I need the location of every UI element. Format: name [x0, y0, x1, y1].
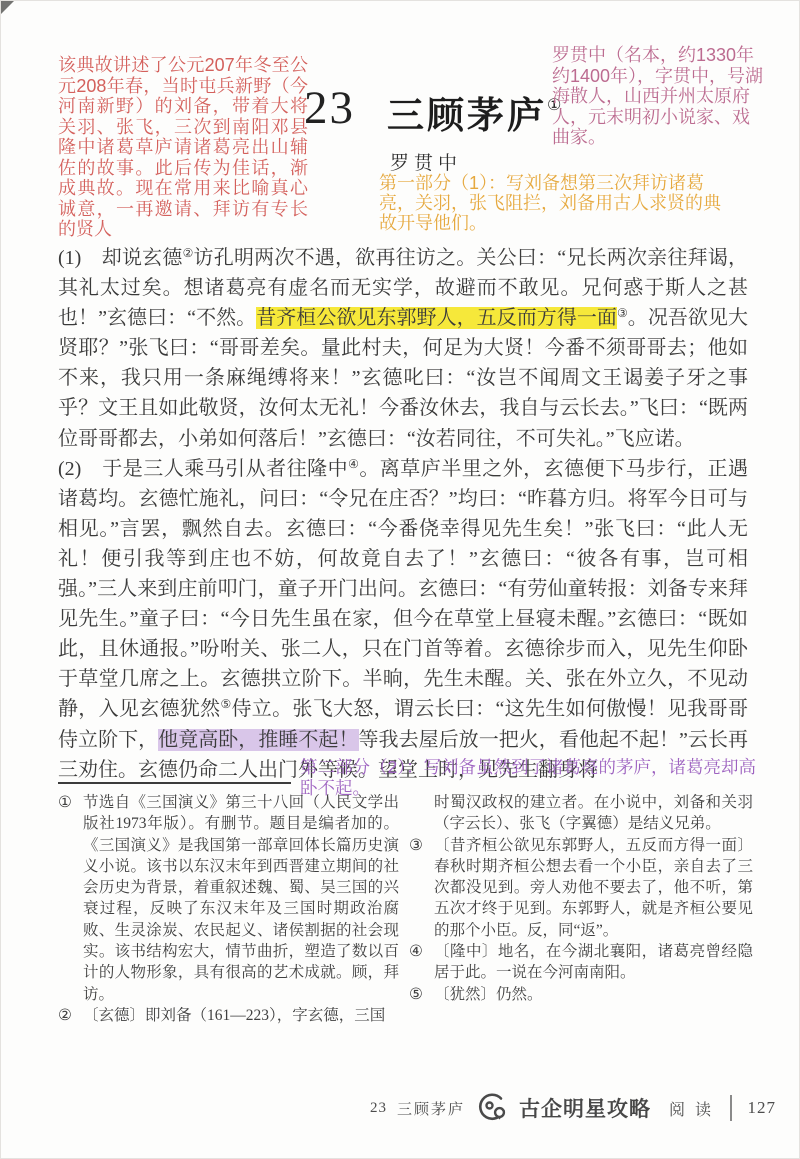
annotation-idiom-note-red: 该典故讲述了公元207年冬至公元208年春，当时屯兵新野（今河南新野）的刘备，带…	[58, 55, 308, 240]
page-footer: 23 三顾茅庐 古企明星攻略 阅 读 127	[370, 1091, 776, 1125]
footnote-number: ③	[409, 835, 434, 941]
footnote-text: 〔犹然〕仍然。	[434, 984, 753, 1005]
page-title-text: 三顾茅庐	[387, 96, 547, 137]
page-title: 三顾茅庐①	[387, 85, 561, 139]
footnote-number: ⑤	[409, 984, 434, 1005]
footnote-reference-sup: ②	[183, 246, 194, 260]
footnote-text: 节选自《三国演义》第三十八回（人民文学出版社1973年版）。有删节。题目是编者加…	[83, 792, 399, 1005]
lesson-number: 23	[304, 81, 355, 135]
footnote-number: ②	[58, 1005, 83, 1026]
page-number: 127	[748, 1098, 777, 1118]
footnote-number: ①	[58, 792, 83, 1005]
footer-divider	[730, 1095, 732, 1121]
page-corner-mark	[1, 1, 14, 14]
footnote-reference-sup: ④	[348, 457, 359, 471]
footnote-item: ⑤〔犹然〕仍然。	[409, 984, 753, 1005]
footnote-item: ④〔隆中〕地名，在今湖北襄阳，诸葛亮曾经隐居于此。一说在今河南南阳。	[409, 941, 753, 984]
highlight-yellow: 昔齐桓公欲见东郭野人，五反而方得一面	[256, 307, 617, 329]
footnote-separator	[58, 782, 291, 784]
author-name: 罗贯中	[390, 148, 462, 175]
footnote-text: 〔玄德〕即刘备（161—223），字玄德，三国	[83, 1005, 399, 1026]
footnote-item: ②〔玄德〕即刘备（161—223），字玄德，三国	[58, 1005, 399, 1026]
annotation-part2-purple: 第二部分（2）：写刘备虽然到了诸葛亮的茅庐，诸葛亮却高卧不起。	[300, 757, 770, 799]
body-paragraph: (1) 却说玄德②访孔明两次不遇，欲再往访之。关公曰：“兄长两次亲往拜谒，其礼太…	[58, 243, 748, 454]
footnote-reference-sup: ③	[617, 306, 628, 320]
footer-lesson-title: 三顾茅庐	[397, 1098, 465, 1119]
annotation-author-bio-red: 罗贯中（名本，约1330年 约1400年），字贯中，号湖海散人，山西并州太原府人…	[552, 45, 766, 148]
footnote-text: 〔昔齐桓公欲见东郭野人，五反而方得一面〕春秋时期齐桓公想去看一个小臣，亲自去了三…	[434, 835, 753, 941]
body-text: (1) 却说玄德②访孔明两次不遇，欲再往访之。关公曰：“兄长两次亲往拜谒，其礼太…	[58, 243, 748, 785]
footnote-text: 〔隆中〕地名，在今湖北襄阳，诸葛亮曾经隐居于此。一说在今河南南阳。	[434, 941, 753, 984]
footnote-item: ①节选自《三国演义》第三十八回（人民文学出版社1973年版）。有删节。题目是编者…	[58, 792, 399, 1005]
watermark-logo-icon	[477, 1092, 509, 1124]
textbook-page: 该典故讲述了公元207年冬至公元208年春，当时屯兵新野（今河南新野）的刘备，带…	[0, 0, 800, 1159]
footnote-number: ④	[409, 941, 434, 984]
watermark-text: 古企明星攻略	[519, 1093, 651, 1123]
annotation-part1-orange: 第一部分（1）：写刘备想第三次拜访诸葛亮，关羽，张飞阻拦，刘备用古人求贤的典故开…	[379, 173, 733, 233]
footnotes-right-column: 时蜀汉政权的建立者。在小说中，刘备和关羽（字云长）、张飞（字翼德）是结义兄弟。③…	[409, 792, 753, 1005]
highlight-purple: 他竟高卧，推睡不起！	[158, 729, 358, 751]
footnote-item: ③〔昔齐桓公欲见东郭野人，五反而方得一面〕春秋时期齐桓公想去看一个小臣，亲自去了…	[409, 835, 753, 941]
footer-section-label: 阅 读	[669, 1097, 714, 1120]
footnote-reference-sup: ⑤	[220, 697, 231, 711]
body-paragraph: (2) 于是三人乘马引从者往隆中④。离草庐半里之外，玄德便下马步行，正遇诸葛均。…	[58, 454, 748, 785]
footer-lesson-number: 23	[370, 1100, 387, 1117]
footnotes-left-column: ①节选自《三国演义》第三十八回（人民文学出版社1973年版）。有删节。题目是编者…	[58, 792, 399, 1026]
